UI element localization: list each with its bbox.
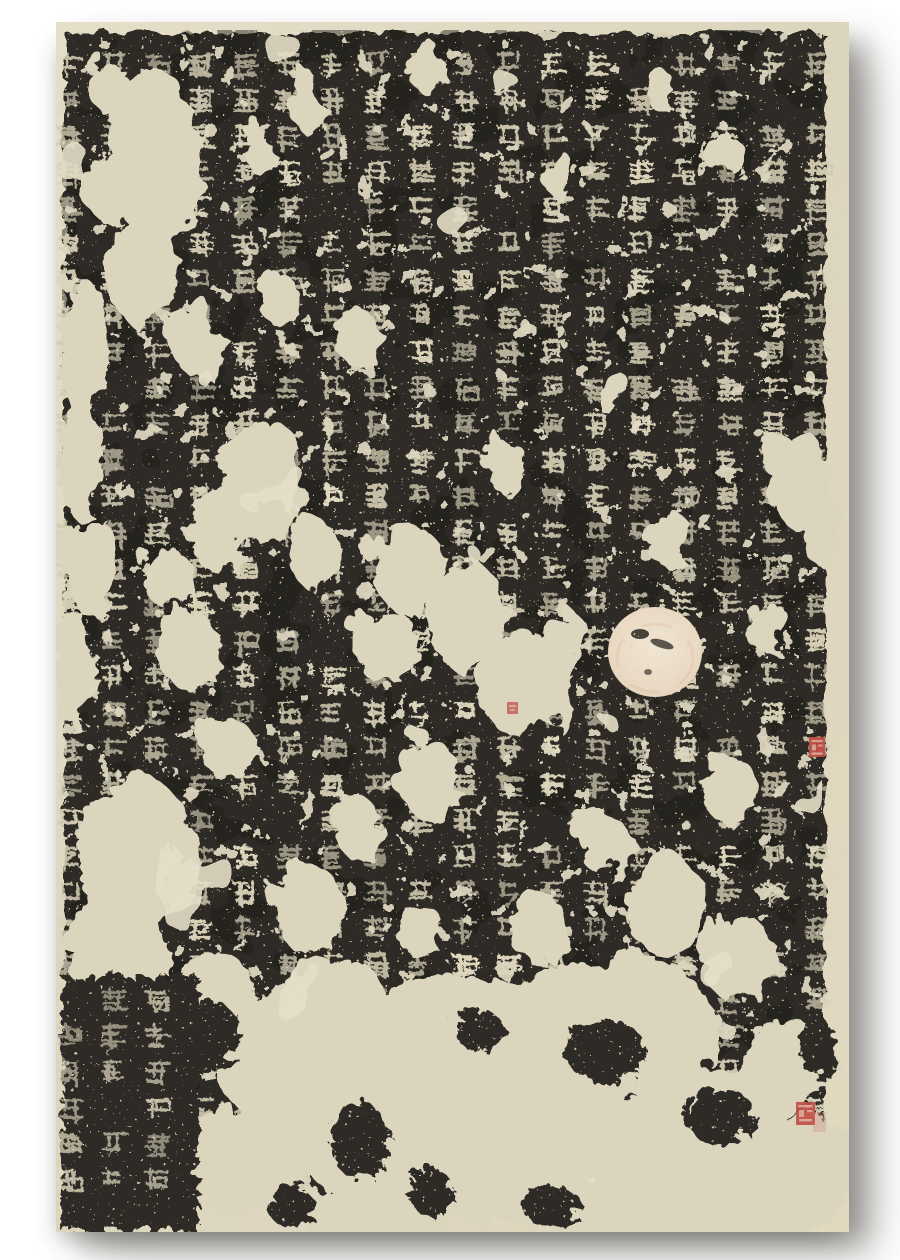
photo-backdrop bbox=[0, 0, 900, 1260]
paper-grain bbox=[56, 22, 849, 1232]
rubbing-image bbox=[56, 22, 849, 1232]
rubbing-sheet bbox=[56, 22, 849, 1232]
collector-seal-center bbox=[507, 702, 518, 714]
collector-seal-right-margin bbox=[809, 737, 825, 757]
